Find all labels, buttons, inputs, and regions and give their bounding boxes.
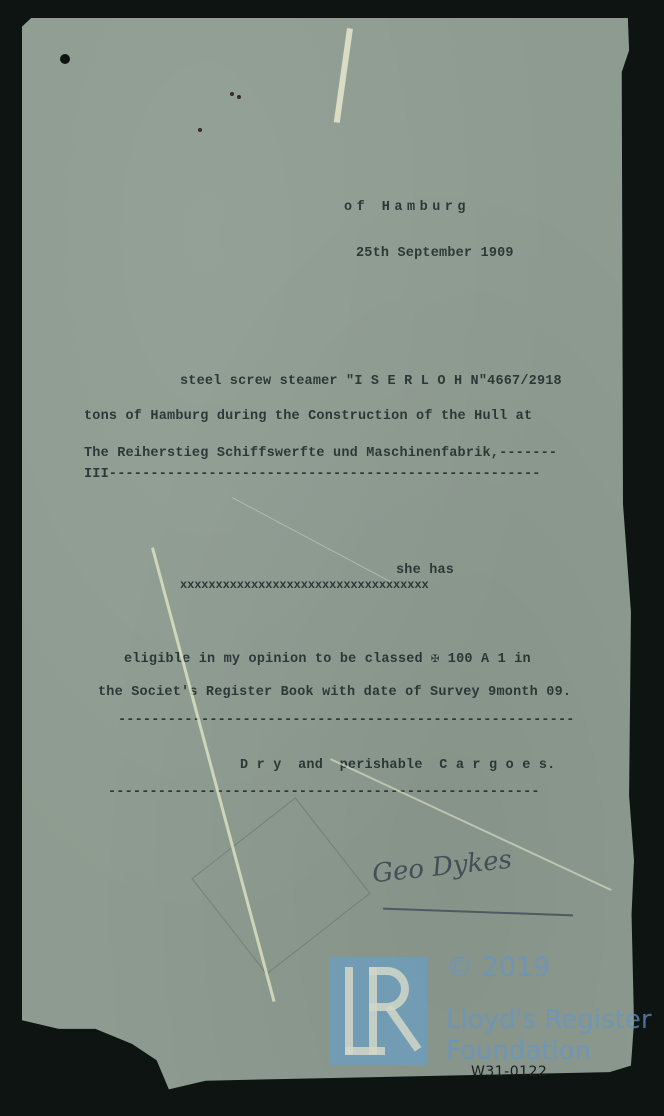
stain-speck bbox=[230, 92, 234, 96]
lr-logo-icon bbox=[329, 957, 427, 1065]
body-line-tons: tons of Hamburg during the Construction … bbox=[84, 409, 532, 424]
watermark-copyright: © 2019 bbox=[446, 952, 550, 983]
body-line-she-has: she has bbox=[396, 563, 454, 578]
body-line-vessel: steel screw steamer "I S E R L O H N"466… bbox=[180, 374, 562, 389]
body-line-dash-3: ----------------------------------------… bbox=[108, 785, 540, 800]
archive-reference: W31-0122 bbox=[471, 1064, 547, 1080]
watermark-org-line2: Foundation bbox=[446, 1036, 591, 1066]
body-line-dash-1: III-------------------------------------… bbox=[84, 467, 541, 482]
body-line-dash-2: ----------------------------------------… bbox=[118, 713, 575, 728]
body-line-register-book: the Societ's Register Book with date of … bbox=[98, 685, 571, 700]
watermark-org-line1: Lloyd's Register bbox=[446, 1005, 652, 1035]
stain-speck bbox=[198, 128, 202, 132]
body-line-builder: The Reiherstieg Schiffswerfte und Maschi… bbox=[84, 446, 557, 461]
stain-speck bbox=[237, 95, 241, 99]
paper-crease bbox=[232, 497, 391, 582]
body-line-cargo-notation: D r y and perishable C a r g o e s. bbox=[240, 758, 555, 773]
header-place: of Hamburg bbox=[344, 200, 470, 215]
body-line-struck-out: xxxxxxxxxxxxxxxxxxxxxxxxxxxxxxxxxxx bbox=[180, 578, 429, 592]
header-date: 25th September 1909 bbox=[356, 246, 514, 261]
document-paper bbox=[22, 18, 634, 1098]
punch-hole bbox=[60, 54, 70, 64]
paper-tear bbox=[334, 28, 353, 123]
